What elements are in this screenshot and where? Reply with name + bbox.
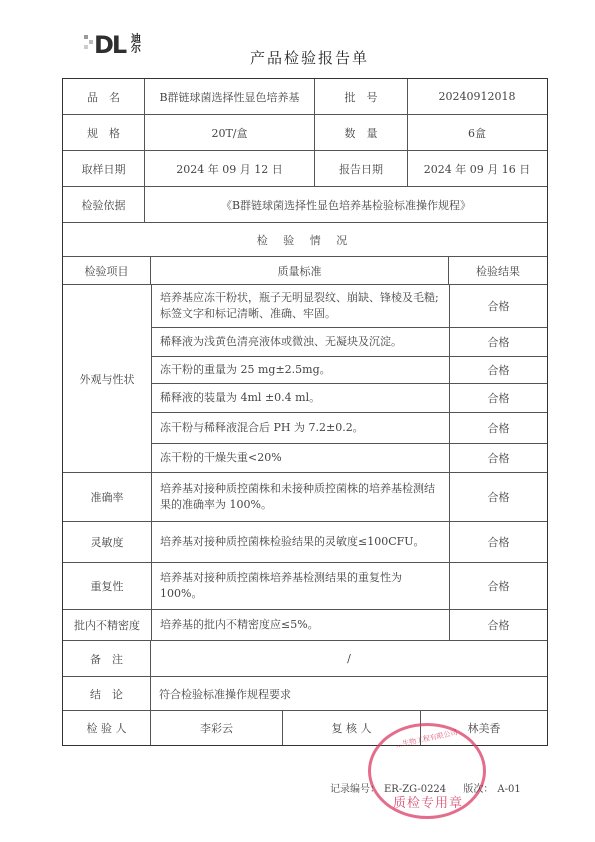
label-product-name: 品 名	[63, 79, 145, 114]
value-remarks: /	[151, 641, 547, 676]
company-logo: DL 迪 尔	[84, 32, 141, 58]
header-item: 检验项目	[63, 257, 151, 284]
row-dates: 取样日期 2024 年 09 月 12 日 报告日期 2024 年 09 月 1…	[63, 151, 547, 187]
standard-text: 冻干粉与稀释液混合后 PH 为 7.2±0.2。	[152, 413, 450, 443]
standard-text: 冻干粉的干燥失重<20%	[152, 444, 450, 472]
table-row: 培养基对接种质控菌株培养基检测结果的重复性为100%。 合格	[152, 563, 547, 609]
result-text: 合格	[450, 384, 547, 412]
record-footer: 记录编号：ER-ZG-0224 版次：A-01	[330, 780, 525, 795]
result-text: 合格	[450, 522, 547, 562]
row-signoff: 检 验 人 李彩云 复 核 人 林美香	[63, 711, 547, 745]
label-batch: 批 号	[315, 79, 408, 114]
standard-text: 稀释液为浅黄色清亮液体或微浊、无凝块及沉淀。	[152, 328, 450, 356]
table-row: 培养基对接种质控菌株和未接种质控菌株的培养基检测结果的准确率为 100%。 合格	[152, 473, 547, 521]
header-standard: 质量标准	[151, 257, 449, 284]
value-report-date: 2024 年 09 月 16 日	[408, 151, 546, 186]
value-batch: 20240912018	[408, 79, 546, 114]
standard-text: 稀释液的装量为 4ml ±0.4 ml。	[152, 384, 450, 412]
item-repeatability: 重复性	[63, 563, 152, 609]
logo-chinese: 迪 尔	[131, 35, 141, 55]
group-appearance: 外观与性状 培养基应冻干粉状，瓶子无明显裂纹、崩缺、锋棱及毛糙;标签文字和标记清…	[63, 285, 547, 473]
result-text: 合格	[450, 610, 547, 640]
row-basis: 检验依据 《B群链球菌选择性显色培养基检验标准操作规程》	[63, 187, 547, 223]
item-appearance: 外观与性状	[63, 285, 152, 472]
group-repeatability: 重复性 培养基对接种质控菌株培养基检测结果的重复性为100%。 合格	[63, 563, 547, 610]
row-product: 品 名 B群链球菌选择性显色培养基 批 号 20240912018	[63, 79, 547, 115]
table-row: 培养基的批内不精密度应≤5%。 合格	[152, 610, 547, 640]
version: A-01	[497, 784, 520, 795]
value-conclusion: 符合检验标准操作规程要求	[151, 677, 547, 710]
standard-text: 培养基的批内不精密度应≤5%。	[152, 610, 450, 640]
row-remarks: 备 注 /	[63, 641, 547, 677]
result-text: 合格	[450, 357, 547, 383]
item-accuracy: 准确率	[63, 473, 152, 521]
logo-char-2: 尔	[131, 45, 141, 55]
label-spec: 规 格	[63, 115, 145, 150]
value-inspector: 李彩云	[151, 711, 283, 745]
table-row: 培养基应冻干粉状，瓶子无明显裂纹、崩缺、锋棱及毛糙;标签文字和标记清晰、准确、牢…	[152, 285, 547, 328]
result-text: 合格	[450, 473, 547, 521]
result-text: 合格	[450, 413, 547, 443]
report-table: 品 名 B群链球菌选择性显色培养基 批 号 20240912018 规 格 20…	[62, 78, 548, 746]
record-no-label: 记录编号：	[330, 784, 380, 795]
label-inspector: 检 验 人	[63, 711, 151, 745]
label-quantity: 数 量	[315, 115, 408, 150]
result-text: 合格	[450, 444, 547, 472]
standard-text: 培养基对接种质控菌株检验结果的灵敏度≤100CFU。	[152, 522, 450, 562]
label-basis: 检验依据	[63, 187, 145, 222]
table-row: 培养基对接种质控菌株检验结果的灵敏度≤100CFU。 合格	[152, 522, 547, 562]
header-result: 检验结果	[449, 257, 547, 284]
value-basis: 《B群链球菌选择性显色培养基检验标准操作规程》	[145, 187, 547, 222]
result-text: 合格	[450, 328, 547, 356]
value-sample-date: 2024 年 09 月 12 日	[145, 151, 315, 186]
group-accuracy: 准确率 培养基对接种质控菌株和未接种质控菌株的培养基检测结果的准确率为 100%…	[63, 473, 547, 522]
version-label: 版次：	[463, 784, 493, 795]
table-row: 稀释液的装量为 4ml ±0.4 ml。 合格	[152, 384, 547, 413]
row-spec: 规 格 20T/盒 数 量 6盒	[63, 115, 547, 151]
row-section-title: 检 验 情 况	[63, 223, 547, 257]
value-quantity: 6盒	[408, 115, 546, 150]
item-sensitivity: 灵敏度	[63, 522, 152, 562]
result-text: 合格	[450, 285, 547, 327]
value-product-name: B群链球菌选择性显色培养基	[145, 79, 315, 114]
group-imprecision: 批内不精密度 培养基的批内不精密度应≤5%。 合格	[63, 610, 547, 641]
logo-mark: DL	[84, 33, 128, 57]
table-row: 冻干粉的干燥失重<20% 合格	[152, 444, 547, 472]
row-conclusion: 结 论 符合检验标准操作规程要求	[63, 677, 547, 711]
section-title: 检 验 情 况	[63, 223, 547, 256]
row-column-headers: 检验项目 质量标准 检验结果	[63, 257, 547, 285]
table-row: 冻干粉与稀释液混合后 PH 为 7.2±0.2。 合格	[152, 413, 547, 444]
table-row: 稀释液为浅黄色清亮液体或微浊、无凝块及沉淀。 合格	[152, 328, 547, 357]
label-conclusion: 结 论	[63, 677, 151, 710]
group-sensitivity: 灵敏度 培养基对接种质控菌株检验结果的灵敏度≤100CFU。 合格	[63, 522, 547, 563]
value-spec: 20T/盒	[145, 115, 315, 150]
logo-text: DL	[94, 33, 125, 57]
standard-text: 培养基应冻干粉状，瓶子无明显裂纹、崩缺、锋棱及毛糙;标签文字和标记清晰、准确、牢…	[152, 285, 450, 327]
standard-text: 培养基对接种质控菌株培养基检测结果的重复性为100%。	[152, 563, 450, 609]
label-remarks: 备 注	[63, 641, 151, 676]
label-sample-date: 取样日期	[63, 151, 145, 186]
record-no: ER-ZG-0224	[384, 784, 446, 795]
standard-text: 培养基对接种质控菌株和未接种质控菌株的培养基检测结果的准确率为 100%。	[152, 473, 450, 521]
table-row: 冻干粉的重量为 25 mg±2.5mg。 合格	[152, 357, 547, 384]
standard-text: 冻干粉的重量为 25 mg±2.5mg。	[152, 357, 450, 383]
item-imprecision: 批内不精密度	[63, 610, 152, 640]
result-text: 合格	[450, 563, 547, 609]
document-title: 产品检验报告单	[250, 47, 369, 68]
label-report-date: 报告日期	[315, 151, 408, 186]
